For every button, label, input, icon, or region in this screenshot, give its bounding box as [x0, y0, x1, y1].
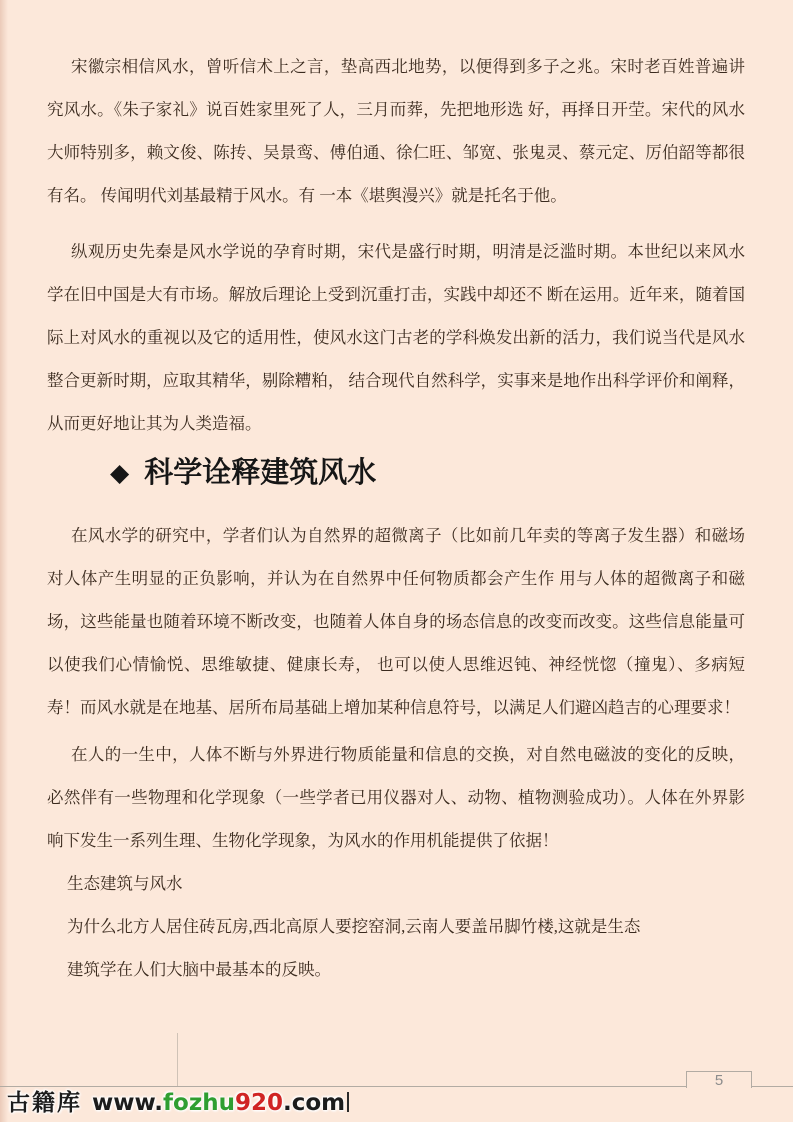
page-number-tab: 5 — [686, 1071, 752, 1088]
scan-artifact-line — [177, 1033, 178, 1086]
watermark-site-name: 古籍库 — [7, 1090, 82, 1116]
line-eco-architecture-title: 生态建筑与风水 — [47, 862, 745, 905]
line-regional-dwellings: 为什么北方人居住砖瓦房,西北高原人要挖窑洞,云南人要盖吊脚竹楼,这就是生态 — [47, 905, 745, 948]
footer-divider-line — [0, 1086, 793, 1087]
watermark-bar: 古籍库www.fozhu920.com — [7, 1088, 349, 1122]
paragraph-ion-magnetic-field: 在风水学的研究中，学者们认为自然界的超微离子（比如前几年卖的等离子发生器）和磁场… — [47, 514, 745, 729]
diamond-bullet-icon: ◆ — [110, 460, 129, 487]
watermark-cursor-mark — [347, 1092, 349, 1112]
watermark-url-com: .com — [283, 1090, 345, 1116]
page-left-edge-shade — [0, 0, 8, 1122]
watermark-url-920: 920 — [235, 1090, 283, 1116]
section-heading-text: 科学诠释建筑风水 — [144, 457, 376, 489]
watermark-url-www: www. — [92, 1090, 163, 1116]
paragraph-history-overview: 纵观历史先秦是风水学说的孕育时期，宋代是盛行时期，明清是泛滥时期。本世纪以来风水… — [47, 230, 745, 445]
section-heading: ◆科学诠释建筑风水 — [47, 451, 745, 496]
paragraph-song-fengshui: 宋徽宗相信风水，曾听信术上之言，垫高西北地势，以便得到多子之兆。宋时老百姓普遍讲… — [47, 45, 745, 217]
line-architecture-reflection: 建筑学在人们大脑中最基本的反映。 — [47, 948, 745, 991]
page-content: 宋徽宗相信风水，曾听信术上之言，垫高西北地势，以便得到多子之兆。宋时老百姓普遍讲… — [47, 45, 745, 991]
page-number: 5 — [715, 1072, 723, 1089]
watermark-url-fozhu: fozhu — [163, 1090, 235, 1116]
paragraph-human-life-exchange: 在人的一生中，人体不断与外界进行物质能量和信息的交换，对自然电磁波的变化的反映，… — [47, 733, 745, 862]
